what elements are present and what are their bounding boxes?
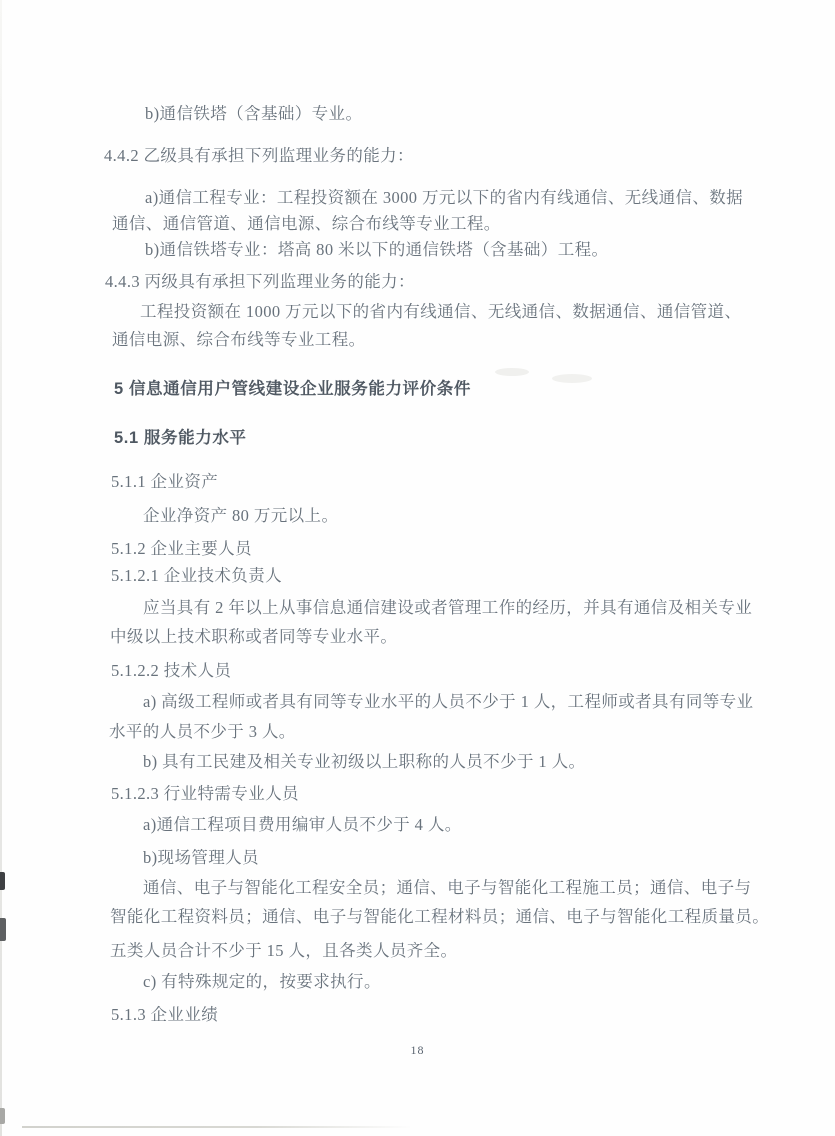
text-line: 应当具有 2 年以上从事信息通信建设或者管理工作的经历，并具有通信及相关专业 bbox=[143, 598, 752, 617]
page-number: 18 bbox=[411, 1041, 425, 1060]
scan-artifact-mark bbox=[0, 872, 5, 890]
text-line: 工程投资额在 1000 万元以下的省内有线通信、无线通信、数据通信、通信管道、 bbox=[140, 302, 741, 321]
scan-smudge bbox=[552, 374, 592, 383]
section-number-line: 4.4.3 丙级具有承担下列监理业务的能力： bbox=[105, 272, 415, 291]
text-line: 通信、电子与智能化工程安全员；通信、电子与智能化工程施工员；通信、电子与 bbox=[143, 878, 751, 897]
scan-bottom-line bbox=[22, 1126, 412, 1128]
text-line: a)通信工程项目费用编审人员不少于 4 人。 bbox=[143, 815, 462, 834]
section-number-line: 5.1.2.2 技术人员 bbox=[111, 661, 231, 680]
text-line: 水平的人员不少于 3 人。 bbox=[109, 722, 296, 741]
text-line: c) 有特殊规定的，按要求执行。 bbox=[143, 972, 381, 991]
text-line: b)通信铁塔（含基础）专业。 bbox=[145, 104, 362, 123]
section-number-line: 5.1.2.3 行业特需专业人员 bbox=[111, 784, 299, 803]
text-line: 企业净资产 80 万元以上。 bbox=[143, 506, 338, 525]
section-number-line: 4.4.2 乙级具有承担下列监理业务的能力： bbox=[104, 146, 414, 165]
scan-artifact-mark bbox=[0, 918, 6, 941]
text-line: 通信、通信管道、通信电源、综合布线等专业工程。 bbox=[112, 214, 501, 233]
scan-artifact-mark bbox=[0, 1108, 5, 1124]
text-line: 通信电源、综合布线等专业工程。 bbox=[112, 330, 366, 349]
scanned-document-page: b)通信铁塔（含基础）专业。 4.4.2 乙级具有承担下列监理业务的能力： a)… bbox=[0, 0, 835, 1136]
chapter-heading: 5 信息通信用户管线建设企业服务能力评价条件 bbox=[114, 380, 471, 399]
section-number-line: 5.1.2 企业主要人员 bbox=[111, 539, 252, 558]
text-line: b) 具有工民建及相关专业初级以上职称的人员不少于 1 人。 bbox=[143, 752, 585, 771]
scan-smudge bbox=[495, 368, 529, 376]
text-line: b)现场管理人员 bbox=[143, 848, 259, 867]
section-number-line: 5.1.1 企业资产 bbox=[111, 472, 218, 491]
text-line: a) 高级工程师或者具有同等专业水平的人员不少于 1 人，工程师或者具有同等专业 bbox=[143, 692, 753, 711]
section-heading: 5.1 服务能力水平 bbox=[114, 429, 247, 448]
text-line: a)通信工程专业：工程投资额在 3000 万元以下的省内有线通信、无线通信、数据 bbox=[145, 188, 743, 207]
text-line: 五类人员合计不少于 15 人，且各类人员齐全。 bbox=[110, 941, 457, 960]
text-line: b)通信铁塔专业：塔高 80 米以下的通信铁塔（含基础）工程。 bbox=[145, 240, 608, 259]
section-number-line: 5.1.2.1 企业技术负责人 bbox=[111, 566, 282, 585]
text-line: 智能化工程资料员；通信、电子与智能化工程材料员；通信、电子与智能化工程质量员。 bbox=[110, 907, 769, 926]
text-line: 中级以上技术职称或者同等专业水平。 bbox=[110, 627, 397, 646]
section-number-line: 5.1.3 企业业绩 bbox=[111, 1005, 218, 1024]
scan-edge-shadow bbox=[0, 0, 2, 1136]
